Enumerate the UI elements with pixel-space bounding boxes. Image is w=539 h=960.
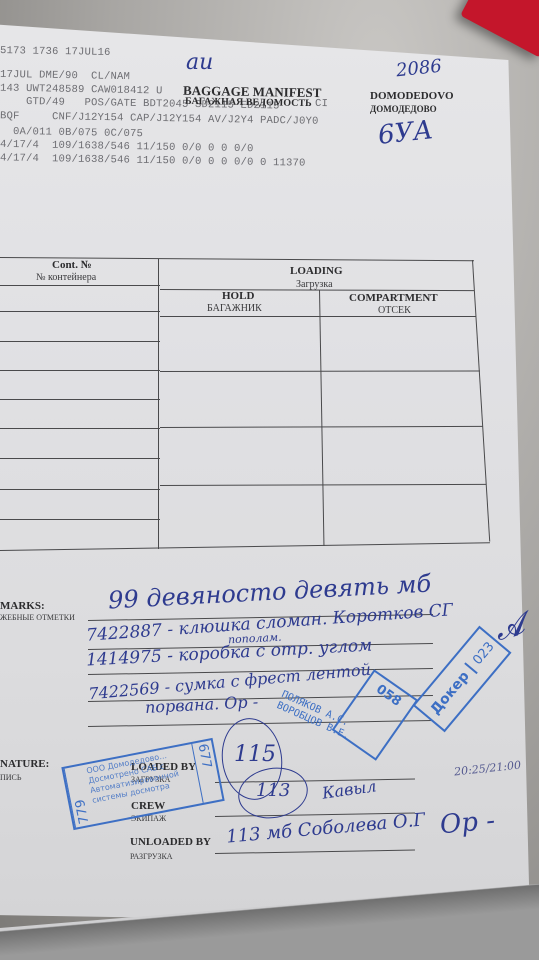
printout-line: 5173 1736 17JUL16 <box>0 45 111 59</box>
unloaded-by-ru: РАЗГРУЗКА <box>130 852 173 861</box>
col-loading-ru: Загрузка <box>296 279 333 290</box>
unloaded-signature: Ор - <box>439 806 496 841</box>
col-compartment-ru: ОТСЕК <box>378 305 411 316</box>
handwritten-code: 6УА <box>377 115 435 151</box>
printout-line: 17JUL DME/90 CL/NAM <box>0 69 130 83</box>
handwritten-top: аи <box>186 50 213 75</box>
airport-en: DOMODEDOVO <box>370 90 454 102</box>
remarks-label-en: MARKS: <box>0 600 45 612</box>
col-hold-en: HOLD <box>222 290 254 302</box>
col-container-en: Cont. № <box>52 259 92 271</box>
airport-ru: ДОМОДЕДОВО <box>370 104 437 114</box>
signature-label-en: NATURE: <box>0 758 49 770</box>
title-ru: БАГАЖНАЯ ВЕДОМОСТЬ <box>185 96 312 109</box>
col-compartment-en: COMPARTMENT <box>349 292 438 304</box>
col-loading-en: LOADING <box>290 265 343 277</box>
remarks-label-ru: ЖЕБНЫЕ ОТМЕТКИ <box>0 613 75 622</box>
circled-number-2: 113 <box>256 780 290 801</box>
printout-line: 0A/011 0B/075 0C/075 <box>0 126 143 140</box>
unloaded-by-en: UNLOADED BY <box>130 836 211 848</box>
circled-number-1: 115 <box>234 742 276 767</box>
col-hold-ru: БАГАЖНИК <box>207 303 262 314</box>
col-container-ru: № контейнера <box>36 272 96 283</box>
signature-label-ru: ПИСЬ <box>0 773 21 782</box>
